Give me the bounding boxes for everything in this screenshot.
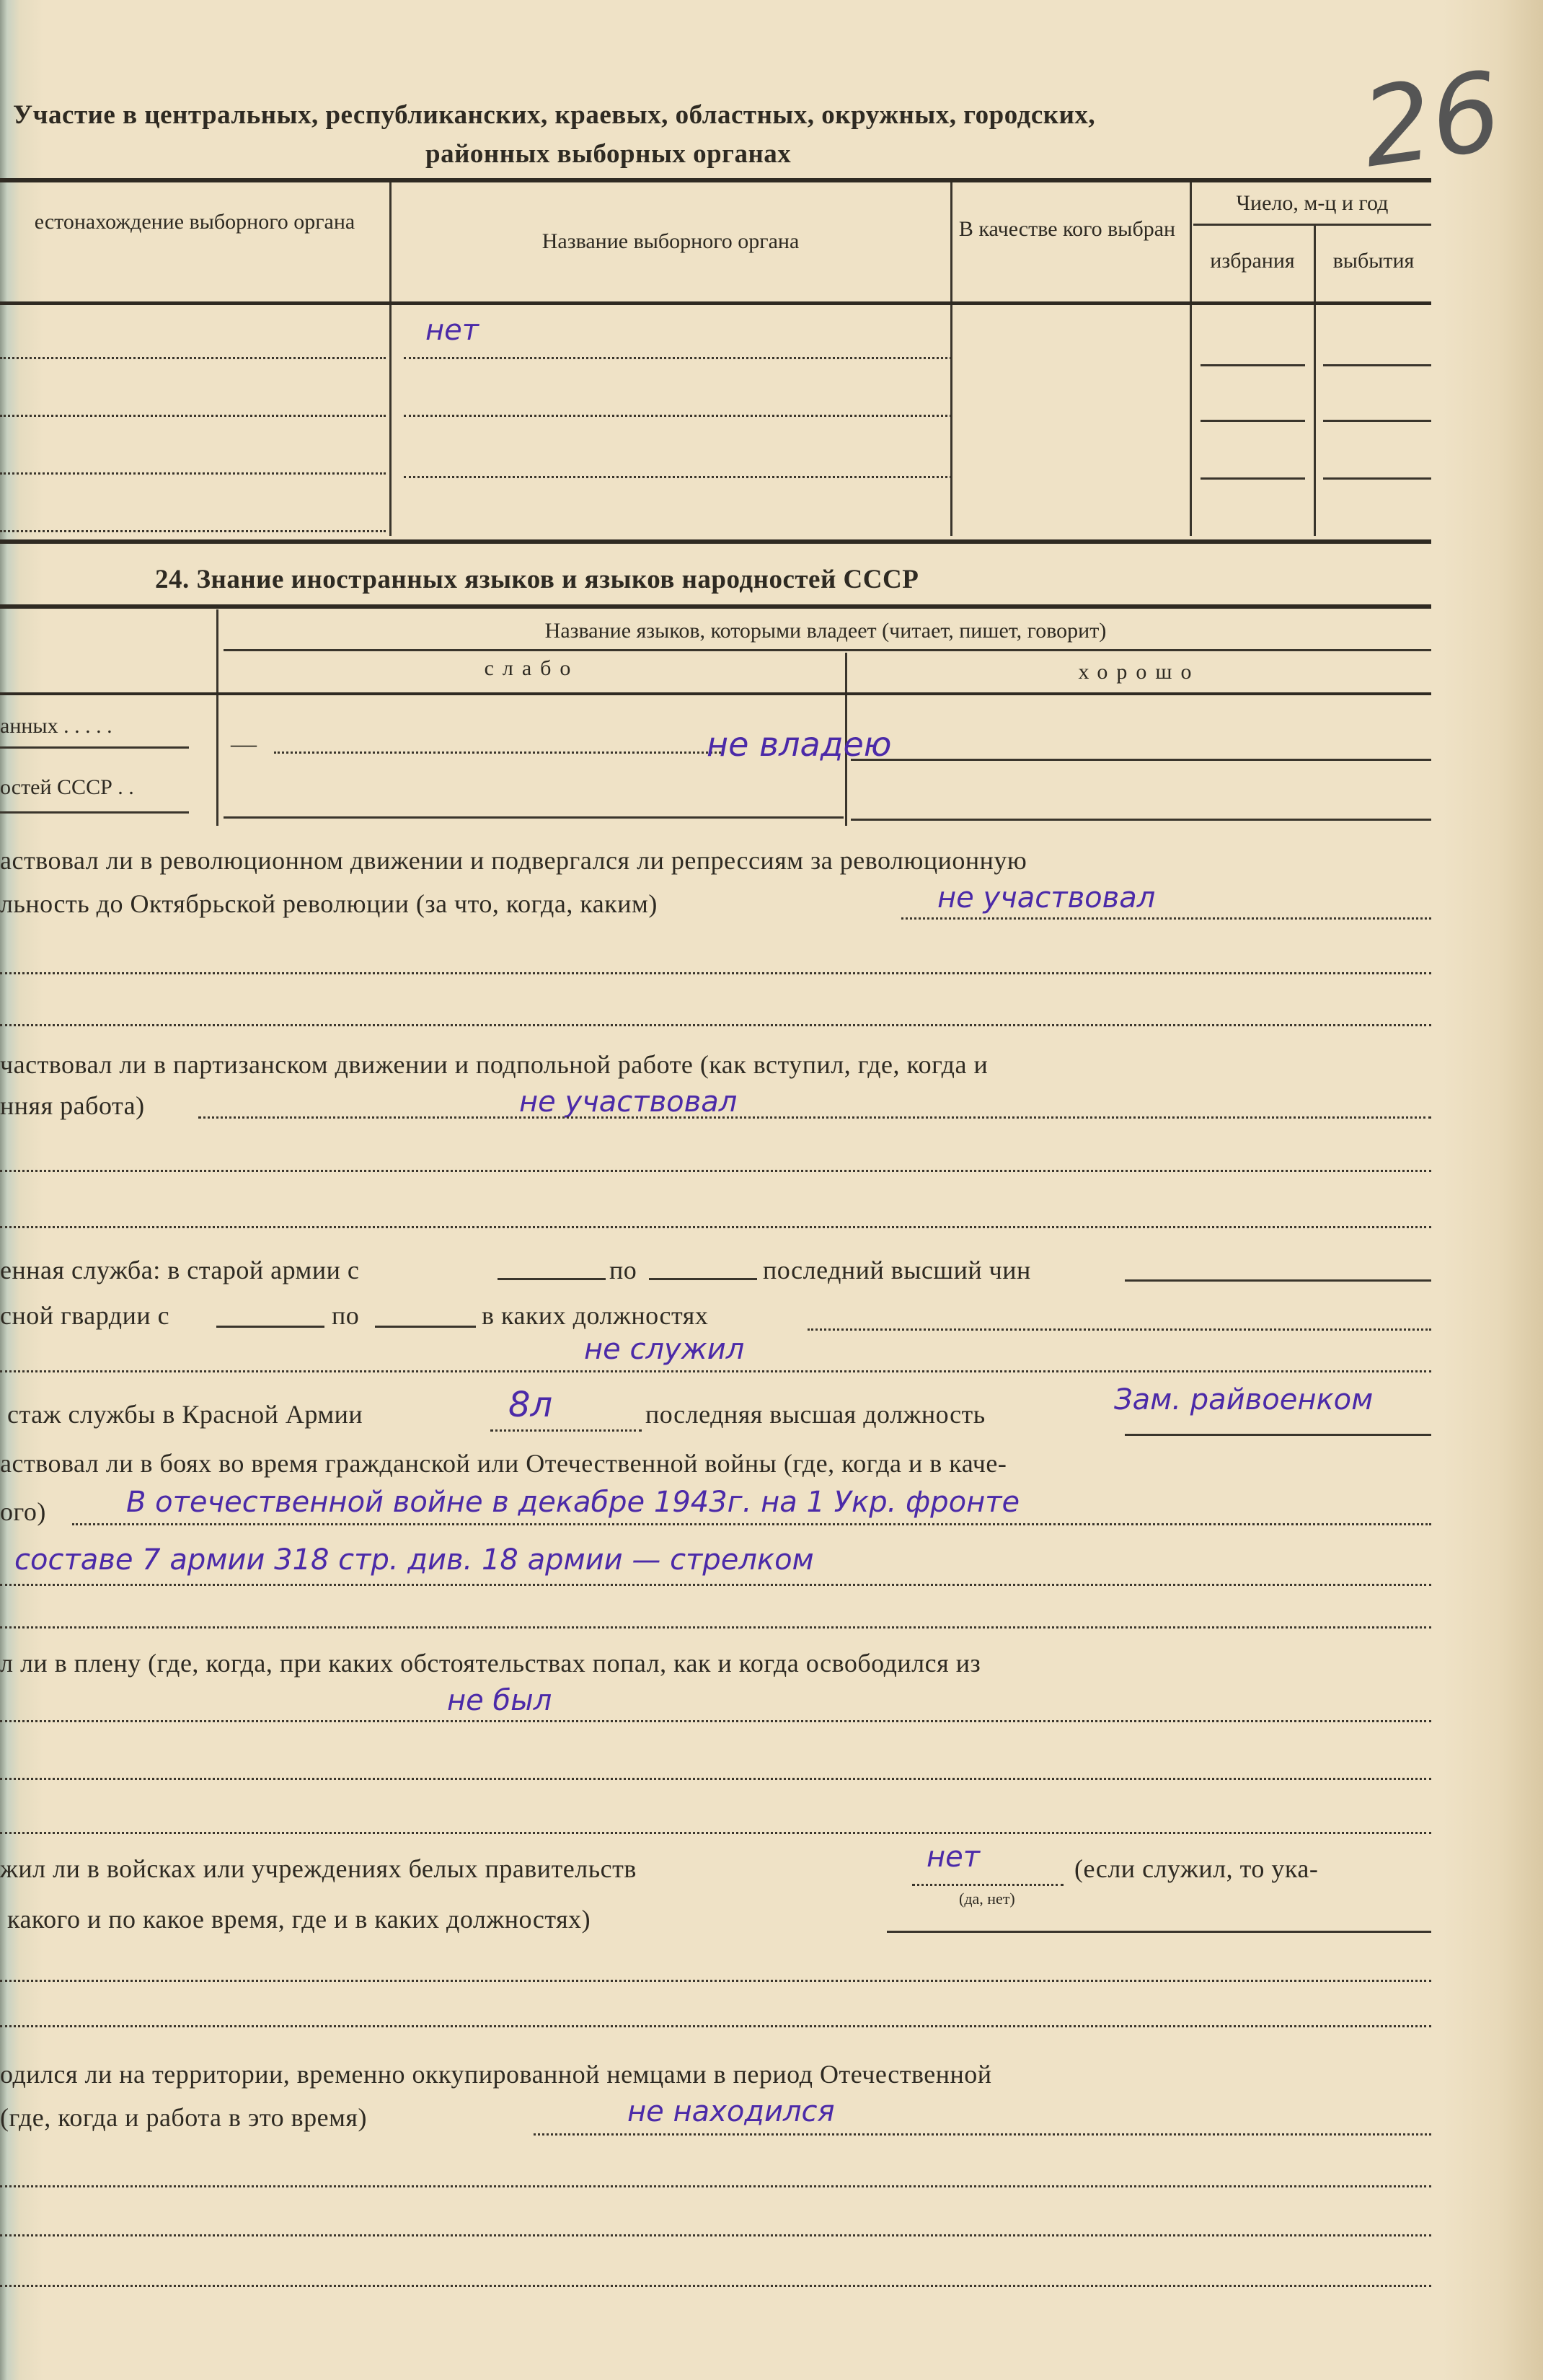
col-divider: [216, 609, 218, 826]
row-line: [0, 746, 189, 749]
answer-line: [490, 1429, 642, 1432]
q27-line2-c: в каких должностях: [482, 1300, 708, 1331]
col-divider: [389, 182, 392, 536]
answer-line: [0, 972, 1431, 974]
answer-line: [912, 1884, 1064, 1886]
q32-line1: одился ли на территории, временно оккупи…: [0, 2059, 992, 2089]
blank-line: [375, 1326, 476, 1328]
row-line: [274, 752, 721, 754]
q30-line1: л ли в плену (где, когда, при каких обст…: [0, 1648, 981, 1678]
row-line: [1201, 364, 1305, 366]
q31-line2: какого и по какое время, где и в каких д…: [7, 1904, 591, 1934]
header-bottom-rule: [0, 301, 1431, 305]
section-23-title-line1: Участие в центральных, республиканских, …: [13, 100, 1095, 131]
section-23-top-rule: [0, 178, 1431, 182]
q29-line1: аствовал ли в боях во время гражданской …: [0, 1448, 1007, 1478]
page-number: 26: [1355, 49, 1508, 193]
q26-line1: частвовал ли в партизанском движении и п…: [0, 1049, 988, 1080]
row-line: [0, 472, 386, 475]
row-line: [404, 415, 952, 417]
blank-line: [649, 1278, 757, 1280]
col-weak-header: слабо: [220, 656, 844, 681]
row-line: [224, 816, 844, 819]
q32-answer[interactable]: не находился: [627, 2095, 835, 2128]
answer-line: [901, 917, 1431, 920]
answer-line: [0, 1370, 1431, 1372]
header-left: выбытия: [1316, 249, 1431, 273]
q28-years-value[interactable]: 8л: [508, 1385, 552, 1425]
row-line: [851, 819, 1431, 821]
header-name: Название выборного органа: [393, 229, 948, 254]
q27-answer[interactable]: не служил: [584, 1333, 744, 1366]
answer-line: [0, 1024, 1431, 1026]
answer-line: [0, 2025, 1431, 2027]
blank-line: [216, 1326, 324, 1328]
answer-line: [887, 1931, 1431, 1933]
answer-line: [808, 1328, 1431, 1331]
header-role: В качестве кого выбран: [955, 216, 1179, 242]
header-bottom-rule: [0, 692, 1431, 695]
section-23-title-line2: районных выборных органах: [425, 138, 791, 169]
q31-line1-a: жил ли в войсках или учреждениях белых п…: [0, 1854, 637, 1884]
row-line: [851, 759, 1431, 761]
q27-line1-c: последний высший чин: [763, 1255, 1031, 1285]
q25-line2: льность до Октябрьской революции (за что…: [0, 889, 658, 919]
header-date-group: Чиело, м-ц и год: [1193, 191, 1431, 216]
languages-answer[interactable]: не владею: [707, 725, 892, 764]
answer-line: [0, 1226, 1431, 1228]
header-location: естонахождение выборного органа: [0, 209, 389, 235]
col-good-header: хорошо: [847, 660, 1431, 684]
q30-answer[interactable]: не был: [447, 1684, 552, 1717]
answer-line: [1125, 1434, 1431, 1436]
answer-line: [0, 1720, 1431, 1722]
answer-line: [72, 1523, 1431, 1525]
row-line: [1323, 420, 1431, 422]
header-subrule: [224, 649, 1431, 651]
weak-value[interactable]: —: [231, 728, 257, 759]
row-line: [1323, 364, 1431, 366]
row-line: [0, 357, 386, 359]
row-line: [1201, 420, 1305, 422]
row-line: [404, 476, 952, 478]
q26-answer[interactable]: не участвовал: [519, 1085, 737, 1119]
languages-header: Название языков, которыми владеет (читае…: [220, 619, 1431, 643]
row-line: [0, 811, 189, 814]
row-line: [0, 530, 386, 532]
answer-line: [0, 1980, 1431, 1982]
q27-line1-a: енная служба: в старой армии с: [0, 1255, 359, 1285]
q29-line2-label: ого): [0, 1497, 46, 1527]
q29-answer-line1[interactable]: В отечественной войне в декабре 1943г. н…: [126, 1486, 1020, 1519]
row-line: [0, 415, 386, 417]
answer-line: [0, 2285, 1431, 2287]
section-24-top-rule: [0, 604, 1431, 609]
q31-yesno-answer[interactable]: нет: [927, 1841, 980, 1874]
col-divider: [1190, 182, 1192, 536]
blank-line: [1125, 1279, 1431, 1282]
col-divider: [950, 182, 952, 536]
row-foreign-label: анных . . . . .: [0, 714, 112, 739]
header-subrule: [1193, 224, 1431, 226]
row-line: [404, 357, 952, 359]
answer-line: [0, 1778, 1431, 1780]
q32-line2: (где, когда и работа в это время): [0, 2102, 367, 2133]
answer-line: [0, 1170, 1431, 1172]
table-row-name-value[interactable]: нет: [425, 314, 479, 347]
section-24-title: 24. Знание иностранных языков и языков н…: [155, 564, 919, 595]
q25-answer[interactable]: не участвовал: [937, 881, 1155, 914]
blank-line: [498, 1278, 606, 1280]
q27-line1-b: по: [609, 1255, 637, 1285]
answer-line: [0, 2185, 1431, 2187]
answer-line: [198, 1116, 1431, 1119]
row-line: [1323, 477, 1431, 480]
q29-answer-line2[interactable]: составе 7 армии 318 стр. див. 18 армии —…: [14, 1543, 814, 1577]
q31-hint: (да, нет): [959, 1890, 1015, 1908]
q28-label-a: стаж службы в Красной Армии: [7, 1399, 363, 1429]
q27-line2-b: по: [332, 1300, 359, 1331]
q28-label-b: последняя высшая должность: [645, 1399, 986, 1429]
table-bottom-rule: [0, 539, 1431, 544]
q27-line2-a: сной гвардии с: [0, 1300, 169, 1331]
q26-line2: нняя работа): [0, 1090, 145, 1121]
q25-line1: аствовал ли в революционном движении и п…: [0, 845, 1027, 876]
row-ussr-label: остей СССР . .: [0, 775, 134, 800]
header-elected: избрания: [1191, 249, 1314, 273]
answer-line: [0, 1832, 1431, 1834]
answer-line: [0, 1584, 1431, 1586]
answer-line: [534, 2133, 1431, 2136]
q28-position-value[interactable]: Зам. райвоенком: [1114, 1383, 1373, 1416]
answer-line: [0, 2234, 1431, 2236]
row-line: [1201, 477, 1305, 480]
answer-line: [0, 1626, 1431, 1628]
q31-line1-b: (если служил, то ука-: [1074, 1854, 1318, 1884]
